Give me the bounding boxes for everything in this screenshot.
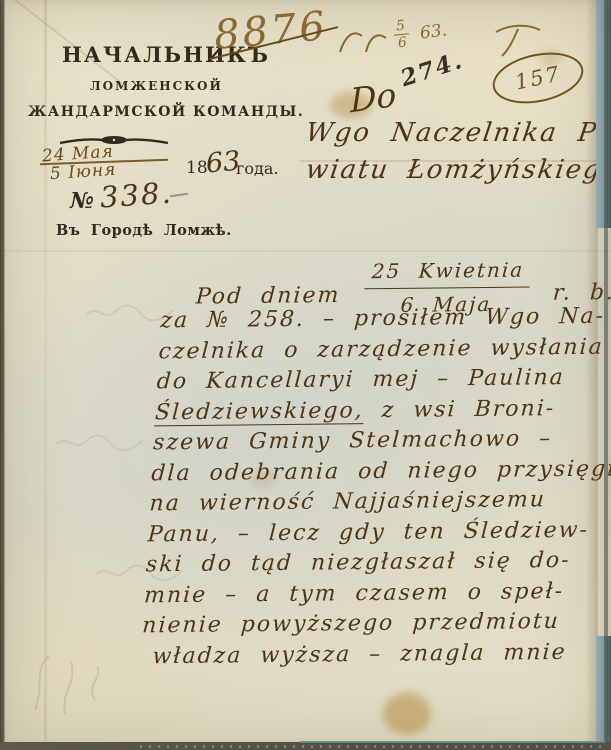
letterhead-title-line2: ЛОМЖЕНСКОЙ	[90, 79, 223, 93]
letterhead-title-line3: ЖАНДАРМСКОЙ КОМАНДЫ.	[28, 104, 304, 120]
body-line-13: władza wyższa – znagla mnie	[140, 637, 594, 672]
body-line-10: ski do tąd niezgłaszał się do-	[145, 546, 599, 581]
scan-edge-left	[0, 0, 5, 750]
circled-number: 157	[513, 61, 563, 94]
body-underlined-name: Śledziewskiego,	[154, 398, 364, 426]
body-line-12: nienie powyższego przedmiotu	[141, 607, 595, 642]
body-line-5-rest: z wsi Broni-	[363, 396, 556, 423]
number-handwritten: 338.	[99, 176, 174, 215]
body-line-1: Pod dniem 25 Kwietnia 6 Maja r. b.	[161, 254, 611, 307]
number-sign: №	[70, 188, 94, 214]
register-number: 274.	[397, 47, 466, 92]
crease-horizontal-mid	[0, 250, 611, 252]
year-printed-prefix: 18	[186, 158, 208, 178]
scan-edge-bottom-strip	[0, 742, 611, 750]
address-line1: Do	[350, 75, 397, 121]
small-date-denominator: 6	[394, 34, 411, 51]
cancelled-number: 8876	[212, 3, 329, 59]
small-date-numerator: 5	[392, 17, 409, 35]
address-line3: wiatu Łomżyńskiego	[304, 155, 611, 185]
address-line2: Wgo Naczelnika Po	[304, 118, 611, 148]
body-line-9: Panu, – lecz gdy ten Śledziew-	[147, 515, 601, 550]
small-date-fraction: 5 6	[392, 17, 410, 51]
body-line-7: dla odebrania od niego przysięgi	[150, 454, 604, 489]
body-line-2: za № 258. – prosiłem Wgo Na-	[159, 302, 611, 337]
scan-edge-right-line	[604, 0, 608, 750]
strip-teal-highlight	[300, 741, 605, 743]
small-date-year: 63.	[419, 20, 448, 43]
body-line-11: mnie – a tym czasem o speł-	[143, 576, 597, 611]
document-page: НАЧАЛЬНИКЪ ЛОМЖЕНСКОЙ ЖАНДАРМСКОЙ КОМАНД…	[0, 0, 611, 750]
place-line: Въ Городѣ Ломжѣ.	[56, 222, 232, 239]
stain	[383, 693, 431, 735]
body-line-8: na wierność Najjaśniejszemu	[149, 485, 603, 520]
pencil-scribble	[25, 640, 135, 720]
strip-speckle-marks	[140, 745, 601, 748]
year-printed-suffix: года.	[236, 159, 279, 178]
letter-body: Pod dniem 25 Kwietnia 6 Maja r. b. za № …	[140, 254, 611, 673]
ink-flourish	[362, 26, 390, 56]
ink-bleedthrough-mark	[55, 430, 145, 456]
body-line-5: Śledziewskiego, z wsi Broni-	[154, 393, 608, 428]
body-line-3: czelnika o zarządzenie wysłania	[158, 332, 611, 367]
body-date-numerator: 25 Kwietnia	[365, 255, 531, 289]
body-line-4: do Kancellaryi mej – Paulina	[156, 363, 610, 398]
body-line-6: szewa Gminy Stelmachowo –	[152, 424, 606, 459]
pencil-dash	[170, 193, 188, 197]
